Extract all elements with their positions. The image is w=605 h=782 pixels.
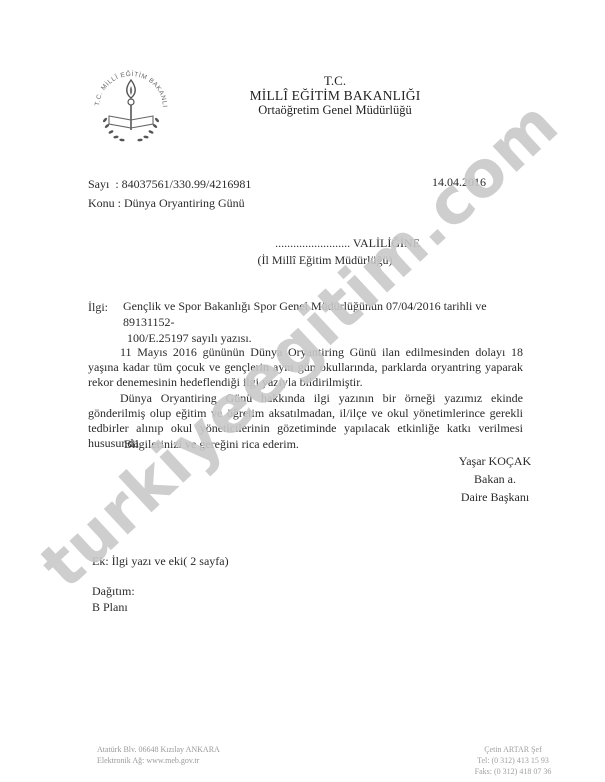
svg-text:T.C. MİLLÎ EĞİTİM BAKANLIĞI: T.C. MİLLÎ EĞİTİM BAKANLIĞI <box>85 58 168 108</box>
body-paragraph-1: 11 Mayıs 2016 gününün Dünya Oryantiring … <box>88 345 523 390</box>
ilgi-line2: 100/E.25197 sayılı yazısı. <box>123 330 523 346</box>
signatory-title2: Daire Başkanı <box>440 488 550 506</box>
footer-address-line2: Elektronik Ağ: www.meb.gov.tr <box>97 755 220 766</box>
signature-block: Yaşar KOÇAK Bakan a. Daire Başkanı <box>440 452 550 506</box>
footer-address-line1: Atatürk Blv. 06648 Kızılay ANKARA <box>97 744 220 755</box>
signatory-title1: Bakan a. <box>440 470 550 488</box>
distribution-label: Dağıtım: <box>92 583 135 599</box>
footer-contact-tel: Tel: (0 312) 413 15 93 <box>458 755 568 766</box>
body-closing: Bilgilerinizi ve gereğini rica ederim. <box>124 437 559 452</box>
distribution-block: Dağıtım: B Planı <box>92 583 135 615</box>
sayi-line: Sayı : 84037561/330.99/4216981 <box>88 177 251 191</box>
signatory-name: Yaşar KOÇAK <box>440 452 550 470</box>
header-directorate: Ortaöğretim Genel Müdürlüğü <box>190 103 480 118</box>
meb-emblem-icon: T.C. MİLLÎ EĞİTİM BAKANLIĞI <box>85 58 177 150</box>
sayi-value: : 84037561/330.99/4216981 <box>115 177 251 191</box>
header-tc: T.C. <box>190 73 480 88</box>
konu-line: Konu : Dünya Oryantiring Günü <box>88 196 245 210</box>
footer-address: Atatürk Blv. 06648 Kızılay ANKARA Elektr… <box>97 744 220 766</box>
ilgi-text: Gençlik ve Spor Bakanlığı Spor Genel Müd… <box>123 298 523 346</box>
addressee-line1: ......................... VALİLİĞİNE <box>220 236 420 251</box>
sayi-label: Sayı <box>88 177 109 191</box>
footer-contact: Çetin ARTAR Şef Tel: (0 312) 413 15 93 F… <box>458 744 568 777</box>
attachment-line: Ek: İlgi yazı ve eki( 2 sayfa) <box>92 554 229 569</box>
footer-contact-name: Çetin ARTAR Şef <box>458 744 568 755</box>
ilgi-label: İlgi: <box>88 300 108 315</box>
header-ministry: MİLLÎ EĞİTİM BAKANLIĞI <box>190 88 480 103</box>
document-date: 14.04.2016 <box>432 175 486 190</box>
footer-contact-fax: Faks: (0 312) 418 07 36 <box>458 766 568 777</box>
addressee-line2: (İl Millî Eğitim Müdürlüğü) <box>230 253 420 268</box>
meb-emblem-logo: T.C. MİLLÎ EĞİTİM BAKANLIĞI <box>85 58 177 150</box>
distribution-value: B Planı <box>92 599 135 615</box>
konu-label: Konu <box>88 196 115 210</box>
ilgi-line1: Gençlik ve Spor Bakanlığı Spor Genel Müd… <box>123 298 523 330</box>
konu-value: : Dünya Oryantiring Günü <box>118 196 245 210</box>
